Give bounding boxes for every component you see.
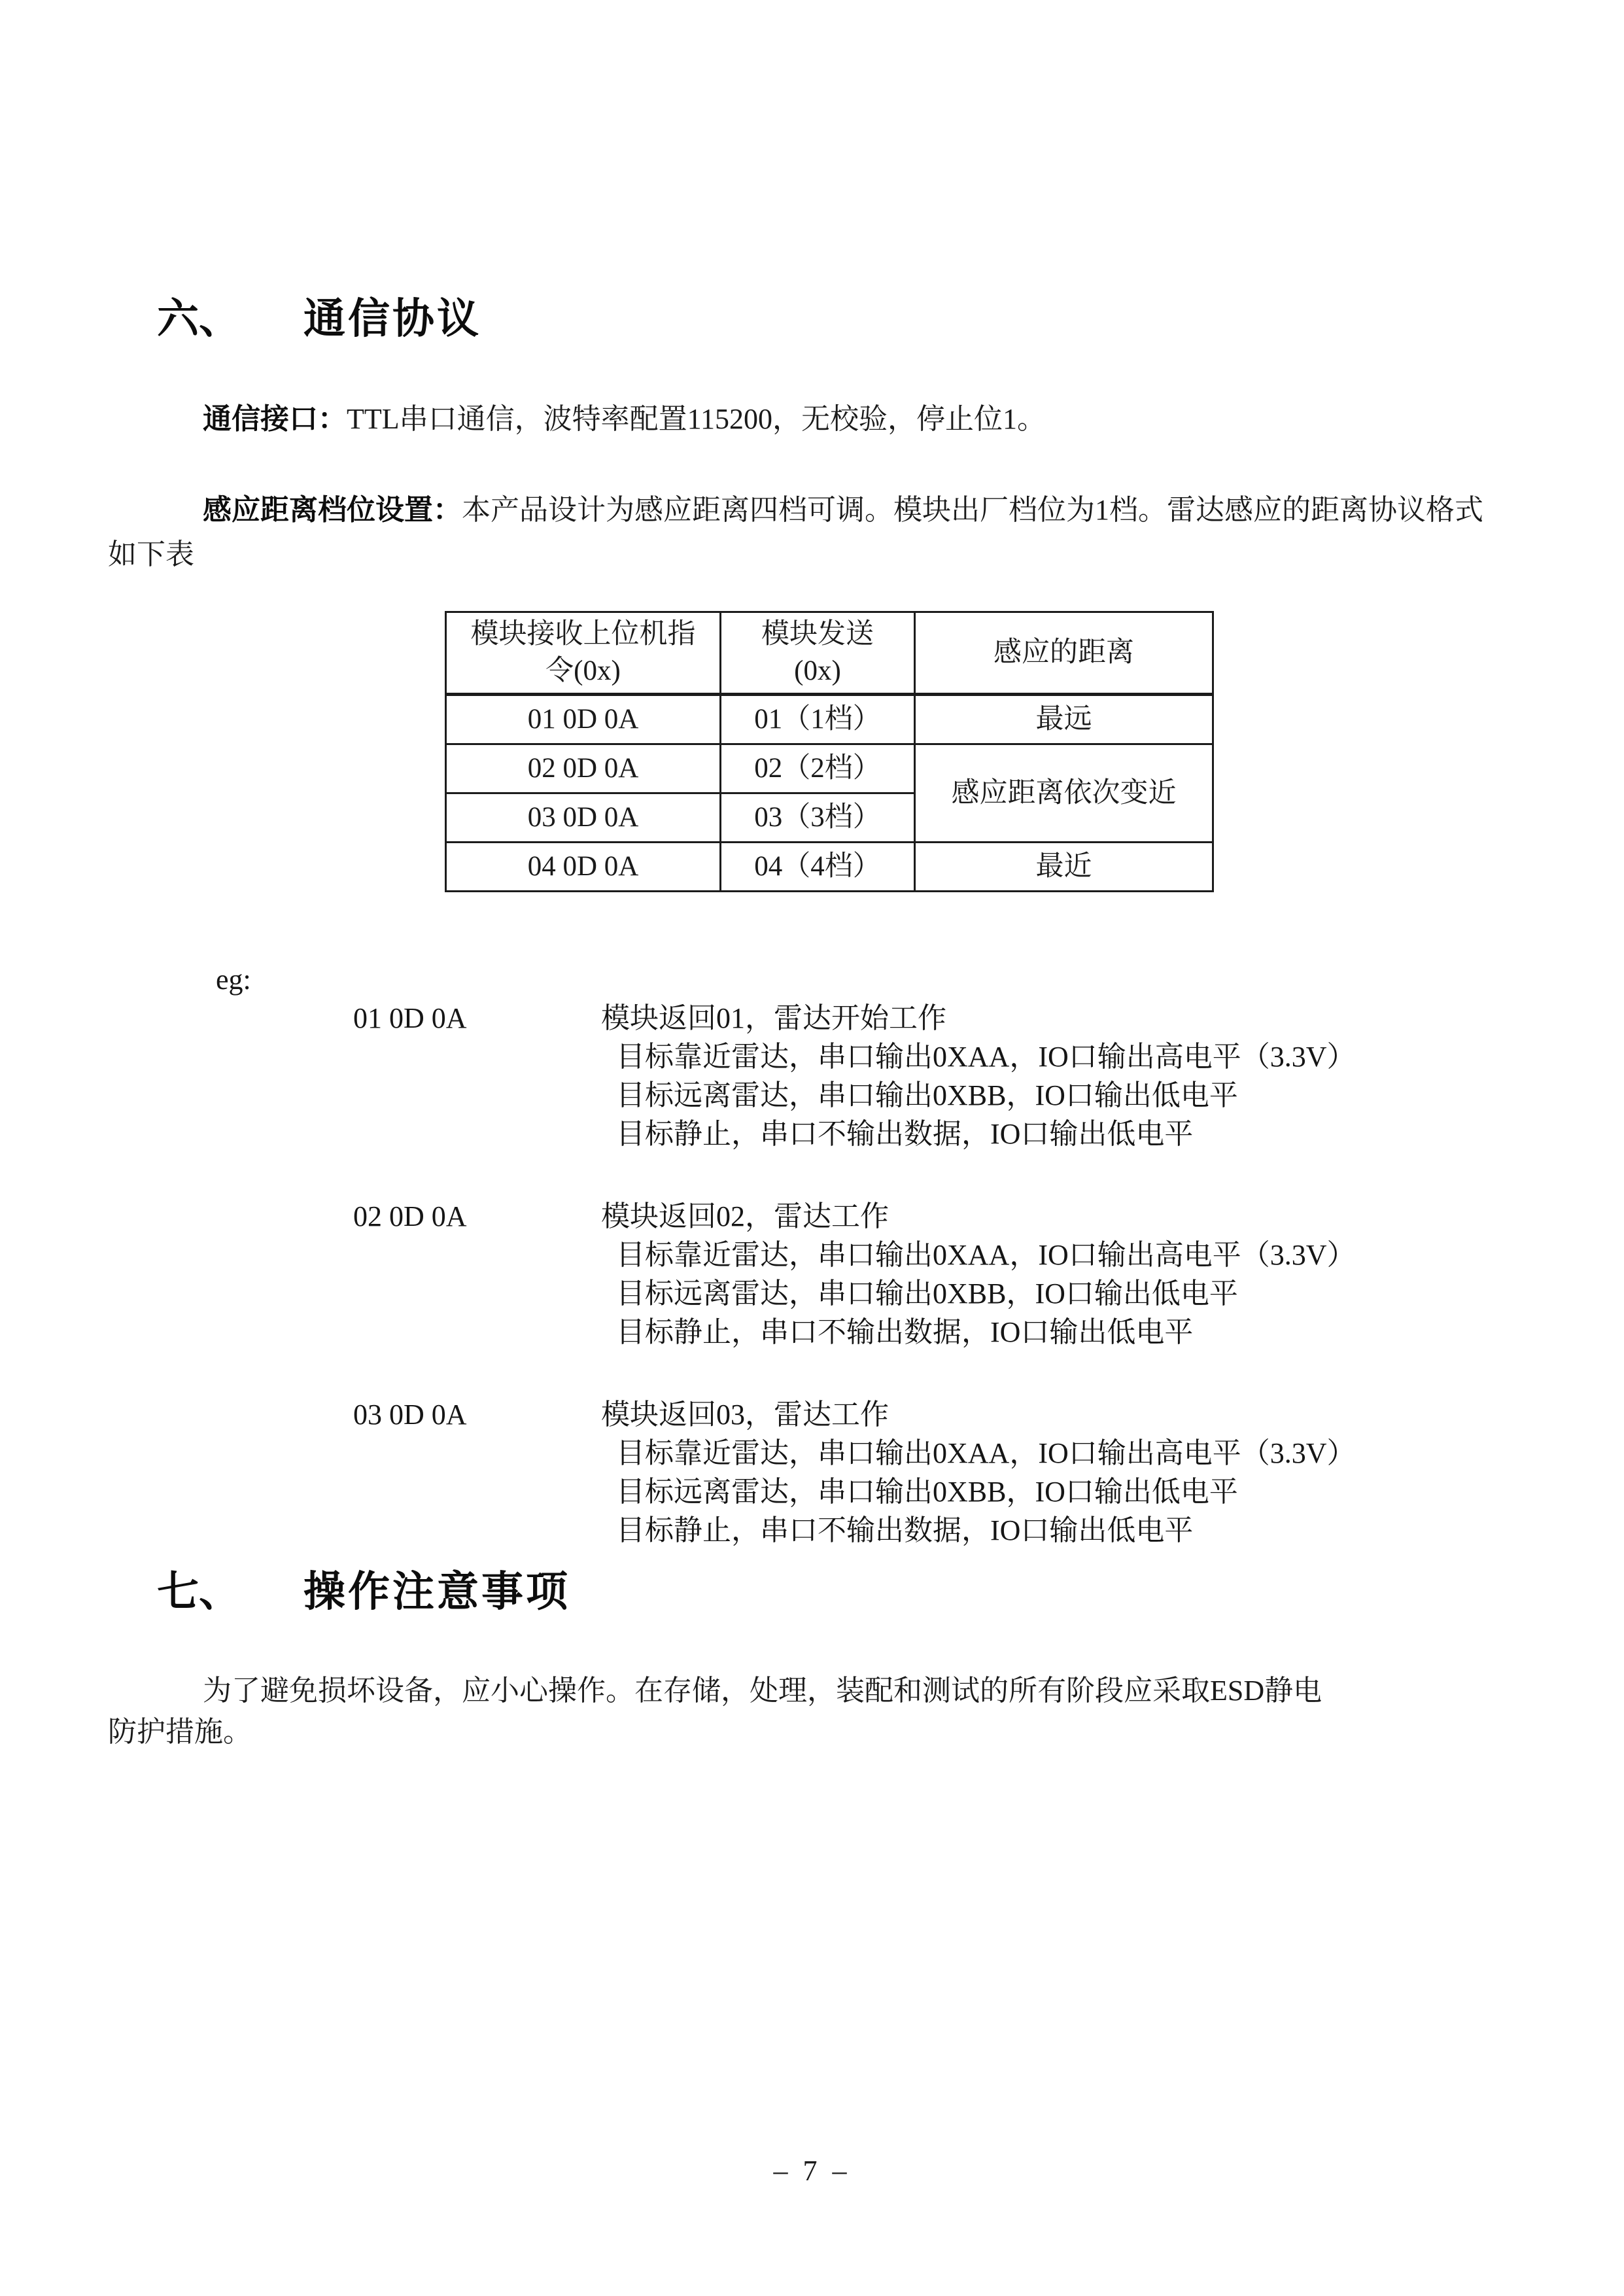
table-header-distance: 感应的距离	[915, 612, 1213, 695]
example-line: 目标远离雷达，串口输出0XBB，IO口输出低电平	[616, 1274, 1519, 1313]
example-line: 目标靠近雷达，串口输出0XAA，IO口输出高电平（3.3V）	[616, 1236, 1519, 1274]
table-cell-distance: 最近	[915, 843, 1213, 892]
table-cell-send: 04（4档）	[721, 843, 915, 892]
example-line: 目标远离雷达，串口输出0XBB，IO口输出低电平	[616, 1472, 1519, 1511]
example-line: 目标靠近雷达，串口输出0XAA，IO口输出高电平（3.3V）	[616, 1434, 1519, 1472]
example-line: 模块返回01，雷达开始工作	[601, 999, 1519, 1037]
example-block-3: 03 0D 0A 模块返回03，雷达工作 目标靠近雷达，串口输出0XAA，IO口…	[108, 1395, 1519, 1550]
example-line: 目标静止，串口不输出数据，IO口输出低电平	[616, 1511, 1519, 1550]
examples-label: eg:	[216, 960, 1519, 999]
table-cell-send: 01（1档）	[721, 695, 915, 744]
section-7-number: 七、	[157, 1571, 241, 1612]
table-cell-distance-merged: 感应距离依次变近	[915, 744, 1213, 843]
table-cell-command: 01 0D 0A	[446, 695, 721, 744]
distance-setting-paragraph: 感应距离档位设置：本产品设计为感应距离四档可调。模块出厂档位为1档。雷达感应的距…	[108, 488, 1519, 577]
example-1-command: 01 0D 0A	[353, 999, 467, 1037]
table-cell-command: 02 0D 0A	[446, 744, 721, 793]
table-header-row: 模块接收上位机指 令(0x) 模块发送 (0x) 感应的距离	[446, 612, 1213, 695]
section-6-title: 通信协议	[303, 298, 481, 339]
table-row: 01 0D 0A 01（1档） 最远	[446, 695, 1213, 744]
example-block-1: 01 0D 0A 模块返回01，雷达开始工作 目标靠近雷达，串口输出0XAA，I…	[108, 999, 1519, 1153]
table-row: 04 0D 0A 04（4档） 最近	[446, 843, 1213, 892]
example-line: 目标静止，串口不输出数据，IO口输出低电平	[616, 1313, 1519, 1351]
table-header-command: 模块接收上位机指 令(0x)	[446, 612, 721, 695]
communication-interface-text: TTL串口通信，波特率配置115200，无校验，停止位1。	[347, 403, 1046, 435]
table-cell-command: 04 0D 0A	[446, 843, 721, 892]
document-page: 六、通信协议 通信接口：TTL串口通信，波特率配置115200，无校验，停止位1…	[0, 0, 1624, 2296]
table-cell-send: 02（2档）	[721, 744, 915, 793]
table-header-module-send: 模块发送 (0x)	[721, 612, 915, 695]
example-line: 目标靠近雷达，串口输出0XAA，IO口输出高电平（3.3V）	[616, 1037, 1519, 1076]
example-line: 目标静止，串口不输出数据，IO口输出低电平	[616, 1115, 1519, 1153]
distance-setting-label: 感应距离档位设置：	[203, 494, 462, 526]
example-2-command: 02 0D 0A	[353, 1197, 467, 1236]
table-cell-command: 03 0D 0A	[446, 793, 721, 843]
distance-protocol-table: 模块接收上位机指 令(0x) 模块发送 (0x) 感应的距离 01 0D 0A …	[445, 611, 1214, 892]
example-2-description: 模块返回02，雷达工作 目标靠近雷达，串口输出0XAA，IO口输出高电平（3.3…	[601, 1197, 1519, 1351]
example-3-description: 模块返回03，雷达工作 目标靠近雷达，串口输出0XAA，IO口输出高电平（3.3…	[601, 1395, 1519, 1550]
table-cell-send: 03（3档）	[721, 793, 915, 843]
example-line: 模块返回03，雷达工作	[601, 1395, 1519, 1434]
section-7-heading: 七、操作注意事项	[157, 1571, 1519, 1612]
page-content: 六、通信协议 通信接口：TTL串口通信，波特率配置115200，无校验，停止位1…	[0, 0, 1624, 1752]
section-6-heading: 六、通信协议	[157, 298, 1519, 339]
table-cell-distance: 最远	[915, 695, 1213, 744]
communication-interface-paragraph: 通信接口：TTL串口通信，波特率配置115200，无校验，停止位1。	[108, 400, 1519, 439]
page-number: – 7 –	[0, 2154, 1624, 2187]
example-3-command: 03 0D 0A	[353, 1395, 467, 1434]
section-7-title: 操作注意事项	[303, 1571, 570, 1612]
esd-warning-paragraph: 为了避免损坏设备，应小心操作。在存储，处理，装配和测试的所有阶段应采取ESD静电…	[108, 1670, 1519, 1752]
example-block-2: 02 0D 0A 模块返回02，雷达工作 目标靠近雷达，串口输出0XAA，IO口…	[108, 1197, 1519, 1351]
table-row: 02 0D 0A 02（2档） 感应距离依次变近	[446, 744, 1213, 793]
example-line: 模块返回02，雷达工作	[601, 1197, 1519, 1236]
section-6-number: 六、	[157, 298, 241, 339]
example-line: 目标远离雷达，串口输出0XBB，IO口输出低电平	[616, 1076, 1519, 1115]
communication-interface-label: 通信接口：	[203, 403, 347, 435]
example-1-description: 模块返回01，雷达开始工作 目标靠近雷达，串口输出0XAA，IO口输出高电平（3…	[601, 999, 1519, 1153]
